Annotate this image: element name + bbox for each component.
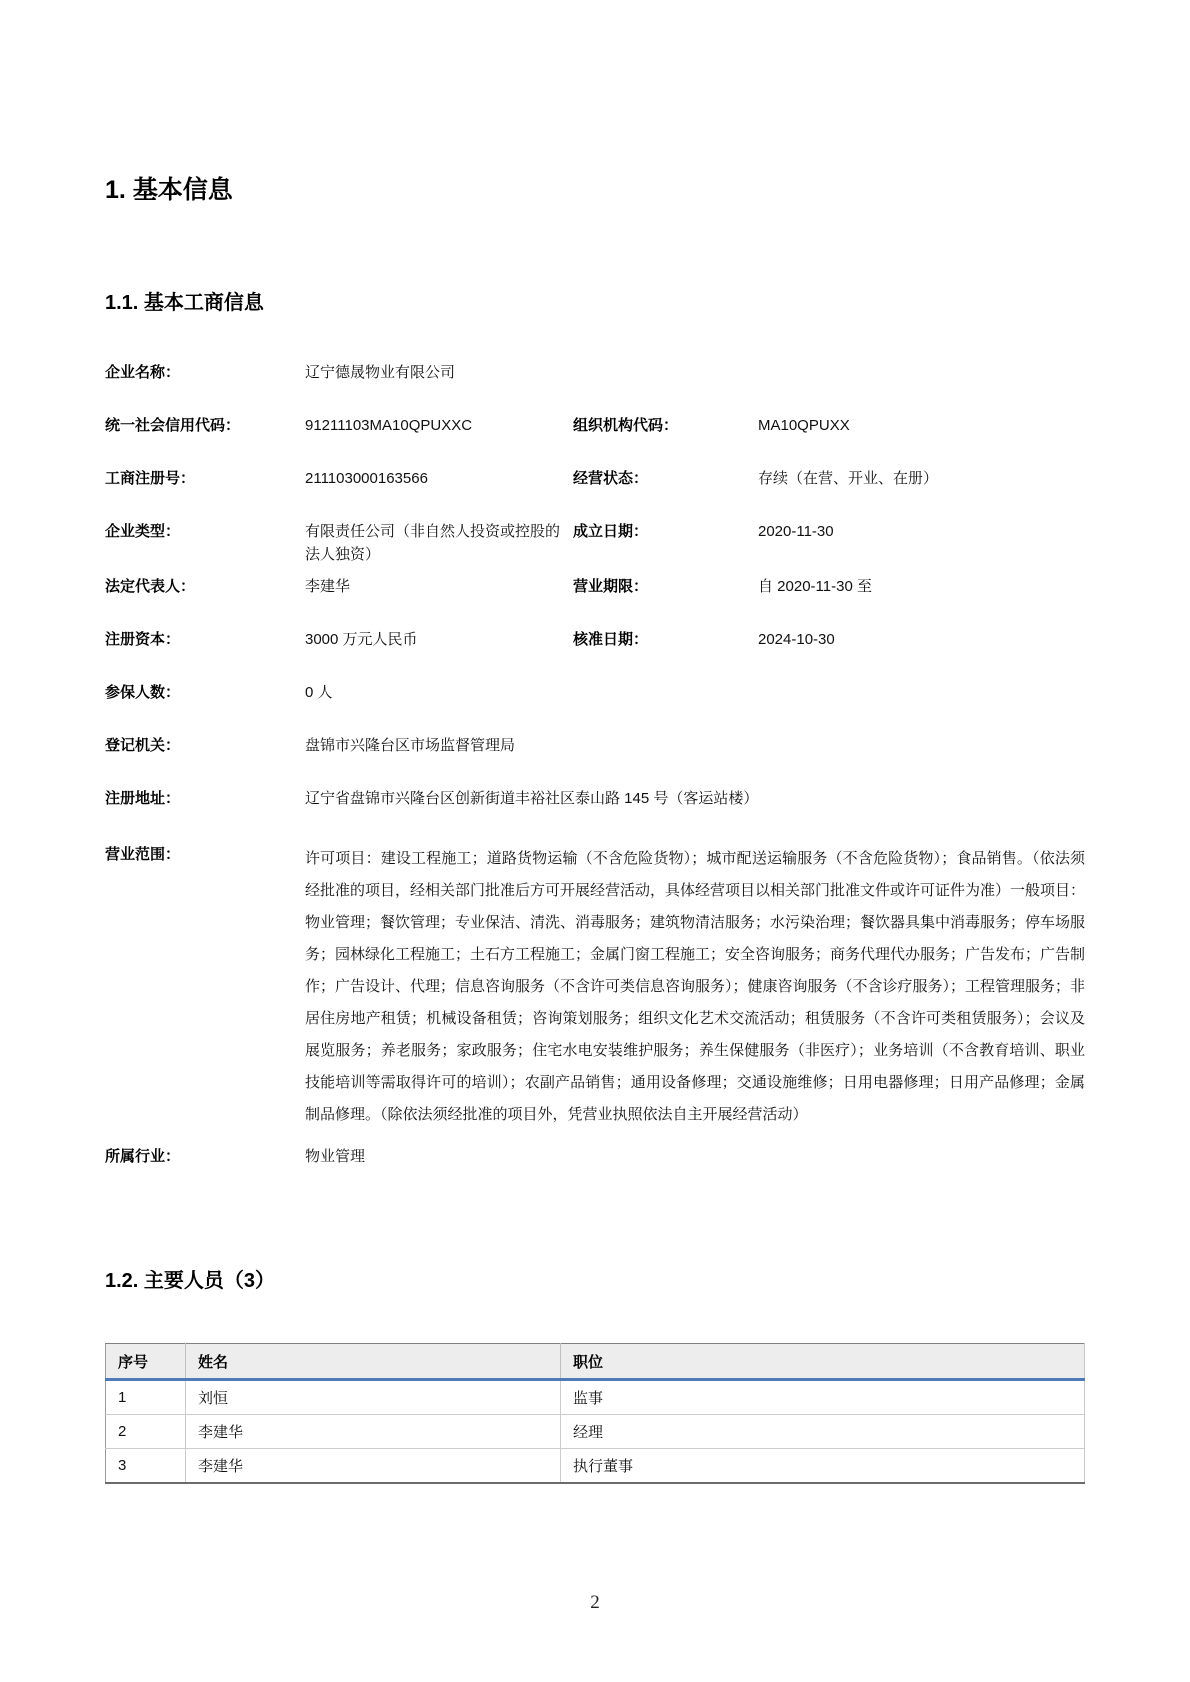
person-name: 李建华 <box>186 1449 561 1484</box>
table-row: 1 刘恒 监事 <box>106 1380 1085 1415</box>
key-personnel-table: 序号 姓名 职位 1 刘恒 监事 2 李建华 经理 3 李建华 <box>105 1343 1085 1484</box>
org-code-label: 组织机构代码： <box>573 414 758 437</box>
company-type-label: 企业类型： <box>105 520 305 543</box>
basic-info-fields: 企业名称： 辽宁德晟物业有限公司 统一社会信用代码： 91211103MA10Q… <box>105 361 1085 1168</box>
status-label: 经营状态： <box>573 467 758 490</box>
reg-no-label: 工商注册号： <box>105 467 305 490</box>
legal-rep-label: 法定代表人： <box>105 575 305 598</box>
reg-capital-label: 注册资本： <box>105 628 305 651</box>
industry-value: 物业管理 <box>305 1145 1085 1168</box>
insured-count-value: 0 人 <box>305 681 1085 704</box>
field-row-company-type: 企业类型： 有限责任公司（非自然人投资或控股的法人独资） 成立日期： 2020-… <box>105 520 1085 566</box>
field-row-business-scope: 营业范围： 许可项目：建设工程施工；道路货物运输（不含危险货物）；城市配送运输服… <box>105 843 1085 1131</box>
table-row: 3 李建华 执行董事 <box>106 1449 1085 1484</box>
field-row-credit-code: 统一社会信用代码： 91211103MA10QPUXXC 组织机构代码： MA1… <box>105 414 1085 437</box>
section-1-2-title: 1.2. 主要人员（3） <box>105 1264 1085 1293</box>
person-title: 监事 <box>561 1380 1085 1415</box>
credit-code-value: 91211103MA10QPUXXC <box>305 414 573 437</box>
field-row-legal-rep: 法定代表人： 李建华 营业期限： 自 2020-11-30 至 <box>105 575 1085 598</box>
table-header-title: 职位 <box>561 1344 1085 1380</box>
business-scope-label: 营业范围： <box>105 843 305 866</box>
establish-date-label: 成立日期： <box>573 520 758 543</box>
table-header-row: 序号 姓名 职位 <box>106 1344 1085 1380</box>
legal-rep-value: 李建华 <box>305 575 573 598</box>
table-header-name: 姓名 <box>186 1344 561 1380</box>
establish-date-value: 2020-11-30 <box>758 520 1085 543</box>
section-1-title: 1. 基本信息 <box>105 170 1085 206</box>
field-row-insured-count: 参保人数： 0 人 <box>105 681 1085 704</box>
reg-authority-value: 盘锦市兴隆台区市场监督管理局 <box>305 734 1085 757</box>
reg-capital-value: 3000 万元人民币 <box>305 628 573 651</box>
reg-authority-label: 登记机关： <box>105 734 305 757</box>
document-content: 1. 基本信息 1.1. 基本工商信息 企业名称： 辽宁德晟物业有限公司 统一社… <box>0 0 1190 1484</box>
person-title: 经理 <box>561 1415 1085 1449</box>
industry-label: 所属行业： <box>105 1145 305 1168</box>
field-row-reg-capital: 注册资本： 3000 万元人民币 核准日期： 2024-10-30 <box>105 628 1085 651</box>
table-header-no: 序号 <box>106 1344 186 1380</box>
business-term-value: 自 2020-11-30 至 <box>758 575 1085 598</box>
field-row-reg-no: 工商注册号： 211103000163566 经营状态： 存续（在营、开业、在册… <box>105 467 1085 490</box>
company-type-value: 有限责任公司（非自然人投资或控股的法人独资） <box>305 520 573 566</box>
reg-no-value: 211103000163566 <box>305 467 573 490</box>
insured-count-label: 参保人数： <box>105 681 305 704</box>
field-row-reg-address: 注册地址： 辽宁省盘锦市兴隆台区创新街道丰裕社区泰山路 145 号（客运站楼） <box>105 787 1085 810</box>
person-no: 3 <box>106 1449 186 1484</box>
person-no: 1 <box>106 1380 186 1415</box>
table-row: 2 李建华 经理 <box>106 1415 1085 1449</box>
org-code-value: MA10QPUXX <box>758 414 1085 437</box>
company-name-label: 企业名称： <box>105 361 305 384</box>
business-scope-value: 许可项目：建设工程施工；道路货物运输（不含危险货物）；城市配送运输服务（不含危险… <box>305 843 1085 1131</box>
page-number: 2 <box>0 1592 1190 1614</box>
company-name-value: 辽宁德晟物业有限公司 <box>305 361 1085 384</box>
section-1-1-title: 1.1. 基本工商信息 <box>105 286 1085 315</box>
approval-date-value: 2024-10-30 <box>758 628 1085 651</box>
status-value: 存续（在营、开业、在册） <box>758 467 1085 490</box>
business-term-label: 营业期限： <box>573 575 758 598</box>
document-page: 1. 基本信息 1.1. 基本工商信息 企业名称： 辽宁德晟物业有限公司 统一社… <box>0 0 1190 1682</box>
credit-code-label: 统一社会信用代码： <box>105 414 305 437</box>
person-name: 李建华 <box>186 1415 561 1449</box>
reg-address-label: 注册地址： <box>105 787 305 810</box>
reg-address-value: 辽宁省盘锦市兴隆台区创新街道丰裕社区泰山路 145 号（客运站楼） <box>305 787 1085 810</box>
approval-date-label: 核准日期： <box>573 628 758 651</box>
field-row-industry: 所属行业： 物业管理 <box>105 1145 1085 1168</box>
person-title: 执行董事 <box>561 1449 1085 1484</box>
person-name: 刘恒 <box>186 1380 561 1415</box>
person-no: 2 <box>106 1415 186 1449</box>
field-row-reg-authority: 登记机关： 盘锦市兴隆台区市场监督管理局 <box>105 734 1085 757</box>
field-row-company-name: 企业名称： 辽宁德晟物业有限公司 <box>105 361 1085 384</box>
